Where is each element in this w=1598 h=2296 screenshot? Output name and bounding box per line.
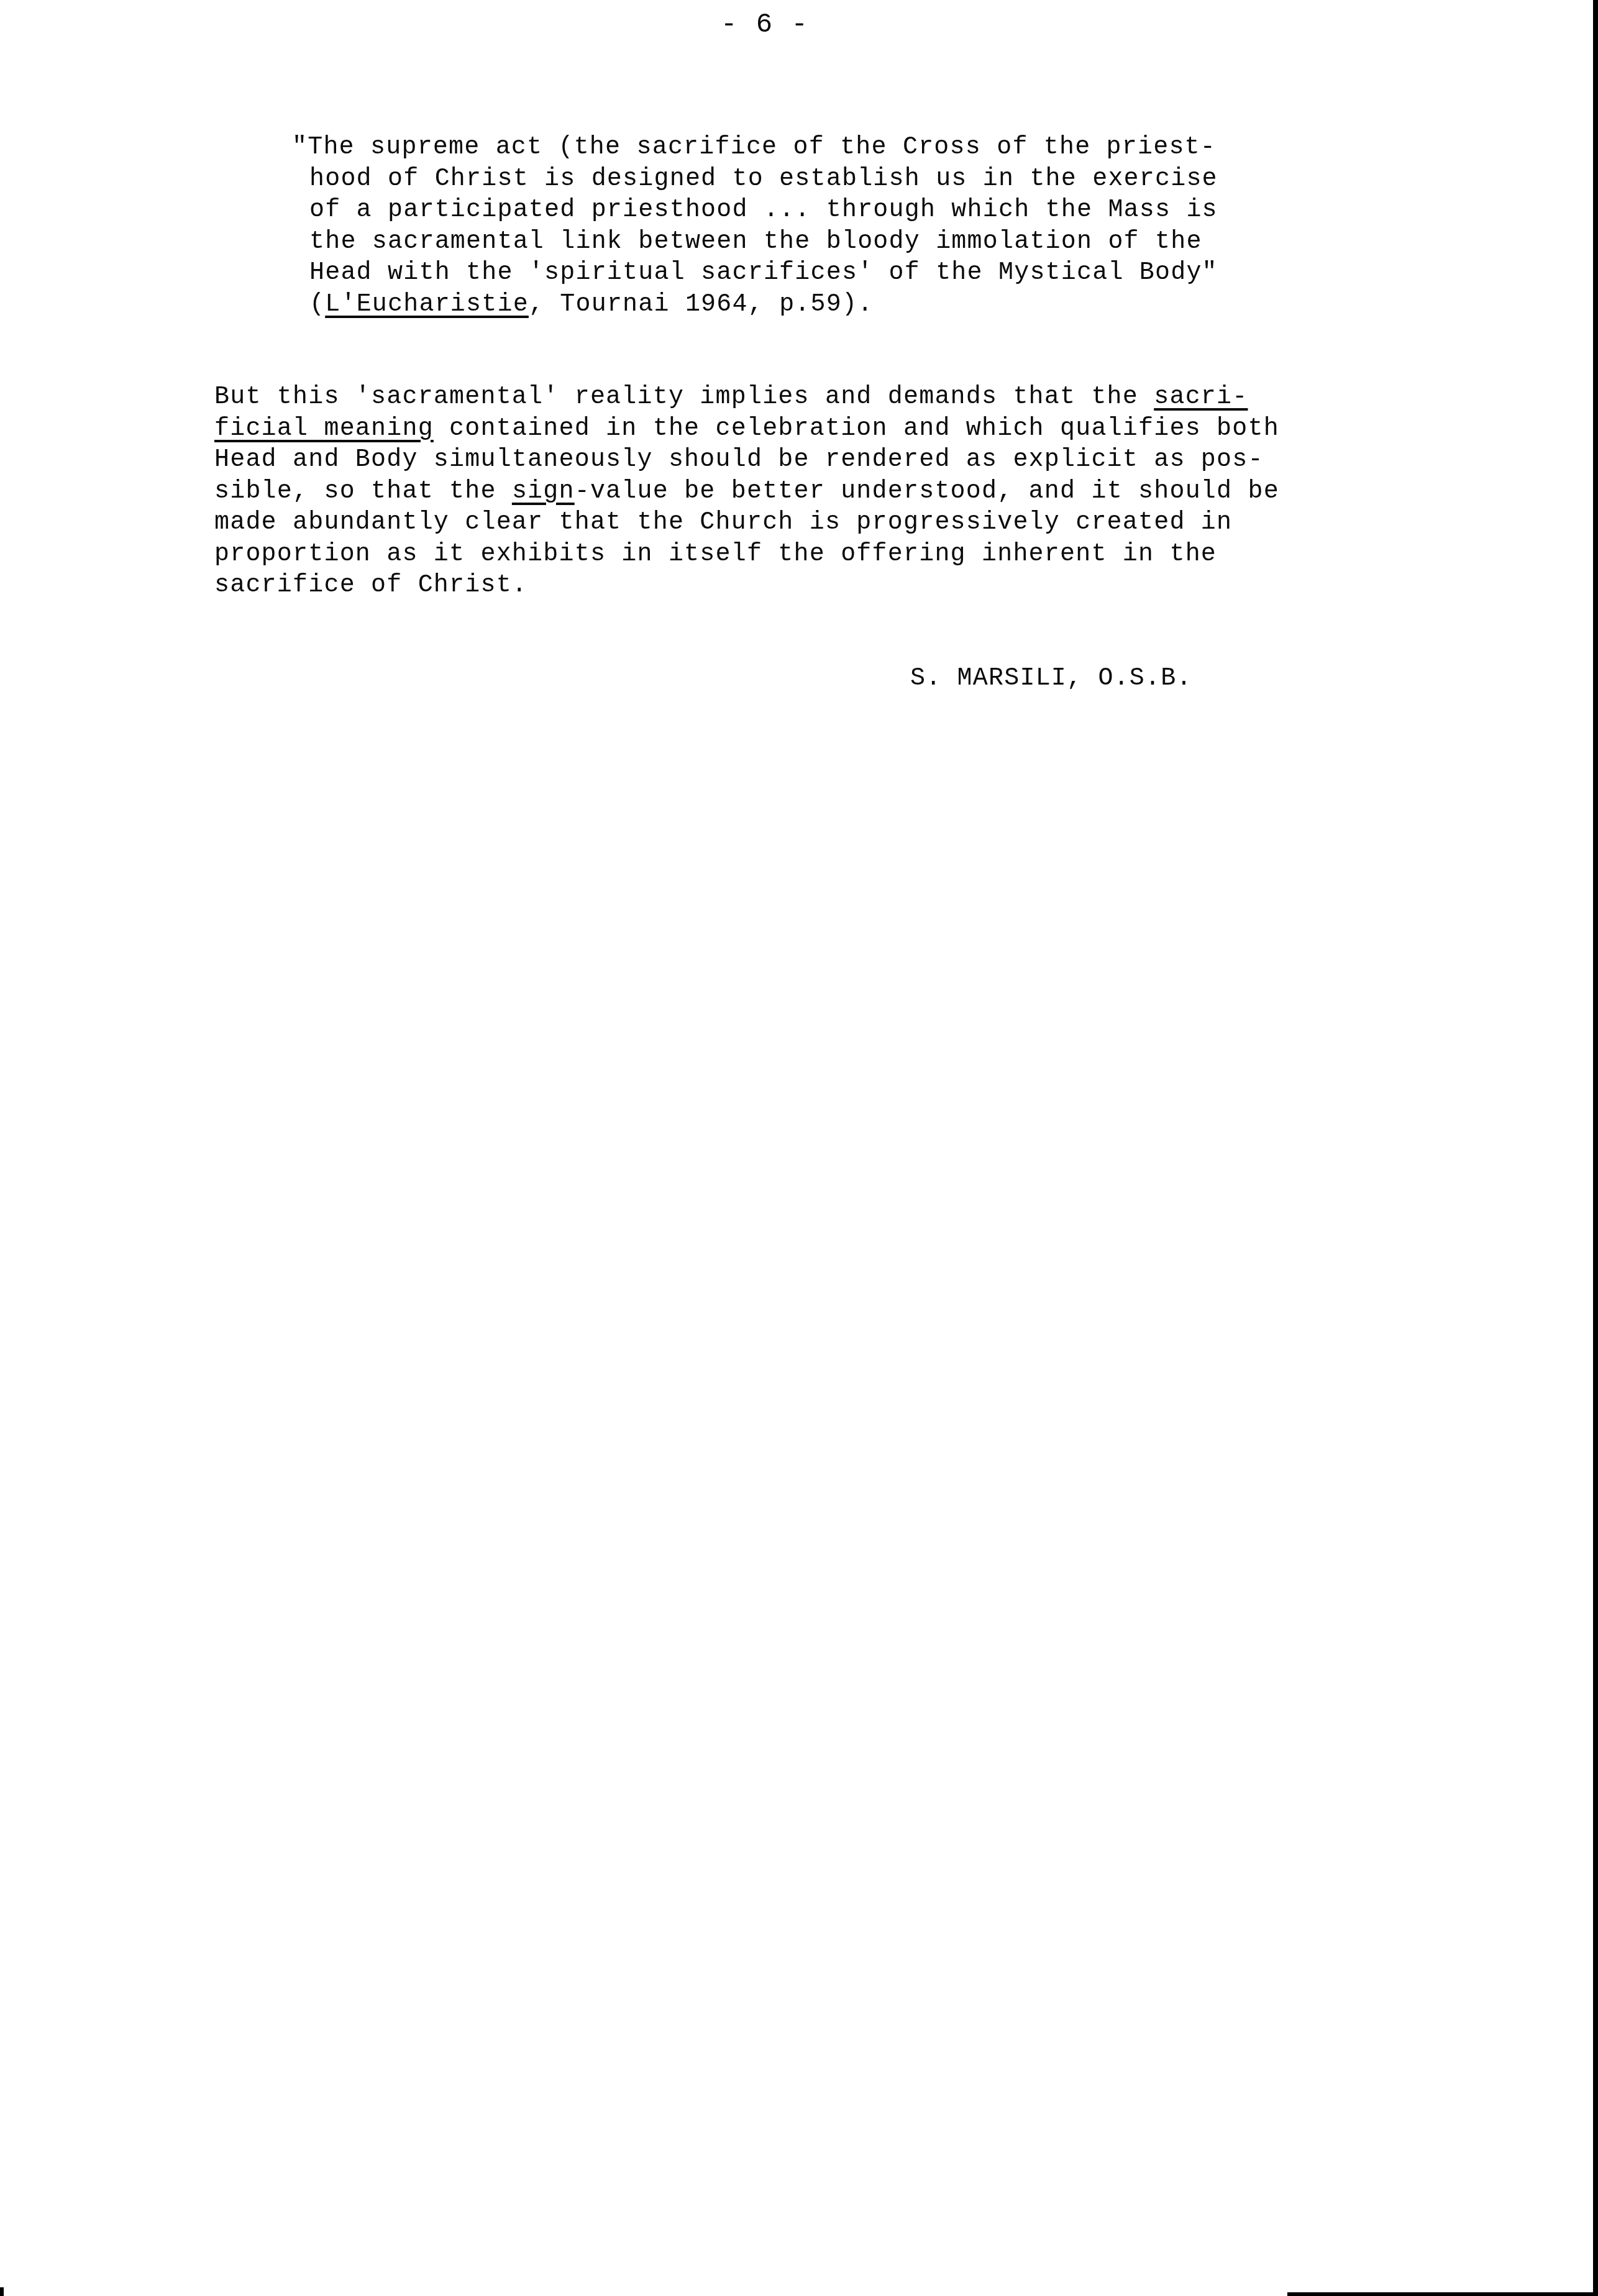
quote-line: the sacramental link between the bloody … bbox=[292, 227, 1218, 258]
paragraph-line: ficial meaning contained in the celebrat… bbox=[214, 414, 1279, 445]
scan-border-right bbox=[1593, 0, 1598, 2296]
text-segment: But this 'sacramental' reality implies a… bbox=[214, 383, 1154, 411]
paragraph-line: sacrifice of Christ. bbox=[214, 570, 1279, 602]
body-paragraph: But this 'sacramental' reality implies a… bbox=[214, 382, 1279, 602]
underlined-emphasis: sign bbox=[512, 478, 575, 506]
paragraph-line: But this 'sacramental' reality implies a… bbox=[214, 382, 1279, 414]
author-signature: S. MARSILI, O.S.B. bbox=[910, 663, 1192, 695]
text-segment: of a participated priesthood ... through… bbox=[309, 196, 1218, 224]
quote-citation: (L'Eucharistie, Tournai 1964, p.59). bbox=[292, 289, 1218, 321]
text-segment: contained in the celebration and which q… bbox=[434, 415, 1279, 443]
text-segment: -value be better understood, and it shou… bbox=[575, 478, 1279, 506]
paragraph-line: Head and Body simultaneously should be r… bbox=[214, 445, 1279, 476]
text-segment: made abundantly clear that the Church is… bbox=[214, 509, 1232, 537]
quote-line: hood of Christ is designed to establish … bbox=[292, 164, 1218, 196]
quote-line: Head with the 'spiritual sacrifices' of … bbox=[292, 258, 1218, 289]
text-segment: proportion as it exhibits in itself the … bbox=[214, 540, 1217, 568]
paragraph-line: sible, so that the sign-value be better … bbox=[214, 476, 1279, 508]
quote-line: "The supreme act (the sacrifice of the C… bbox=[292, 132, 1218, 164]
text-segment: sible, so that the bbox=[214, 478, 512, 506]
paragraph-line: proportion as it exhibits in itself the … bbox=[214, 539, 1279, 571]
scan-corner-mark bbox=[0, 2287, 4, 2296]
page-number: - 6 - bbox=[721, 6, 809, 43]
text-segment: "The supreme act (the sacrifice of the C… bbox=[292, 134, 1216, 162]
underlined-emphasis: L'Eucharistie bbox=[325, 291, 529, 319]
block-quote: "The supreme act (the sacrifice of the C… bbox=[292, 132, 1218, 321]
paragraph-line: made abundantly clear that the Church is… bbox=[214, 508, 1279, 539]
text-segment: the sacramental link between the bloody … bbox=[309, 228, 1202, 256]
text-segment: , Tournai 1964, p.59). bbox=[529, 291, 874, 319]
quote-line: of a participated priesthood ... through… bbox=[292, 195, 1218, 227]
text-segment: ( bbox=[309, 291, 325, 319]
text-segment: Head with the 'spiritual sacrifices' of … bbox=[309, 259, 1218, 287]
underlined-emphasis: ficial meaning bbox=[214, 415, 434, 443]
scan-border-bottom bbox=[1287, 2292, 1598, 2296]
underlined-emphasis: sacri- bbox=[1154, 383, 1248, 411]
text-segment: hood of Christ is designed to establish … bbox=[309, 165, 1218, 193]
text-segment: Head and Body simultaneously should be r… bbox=[214, 446, 1264, 474]
document-page: - 6 - "The supreme act (the sacrifice of… bbox=[0, 0, 1598, 2296]
text-segment: sacrifice of Christ. bbox=[214, 572, 527, 599]
